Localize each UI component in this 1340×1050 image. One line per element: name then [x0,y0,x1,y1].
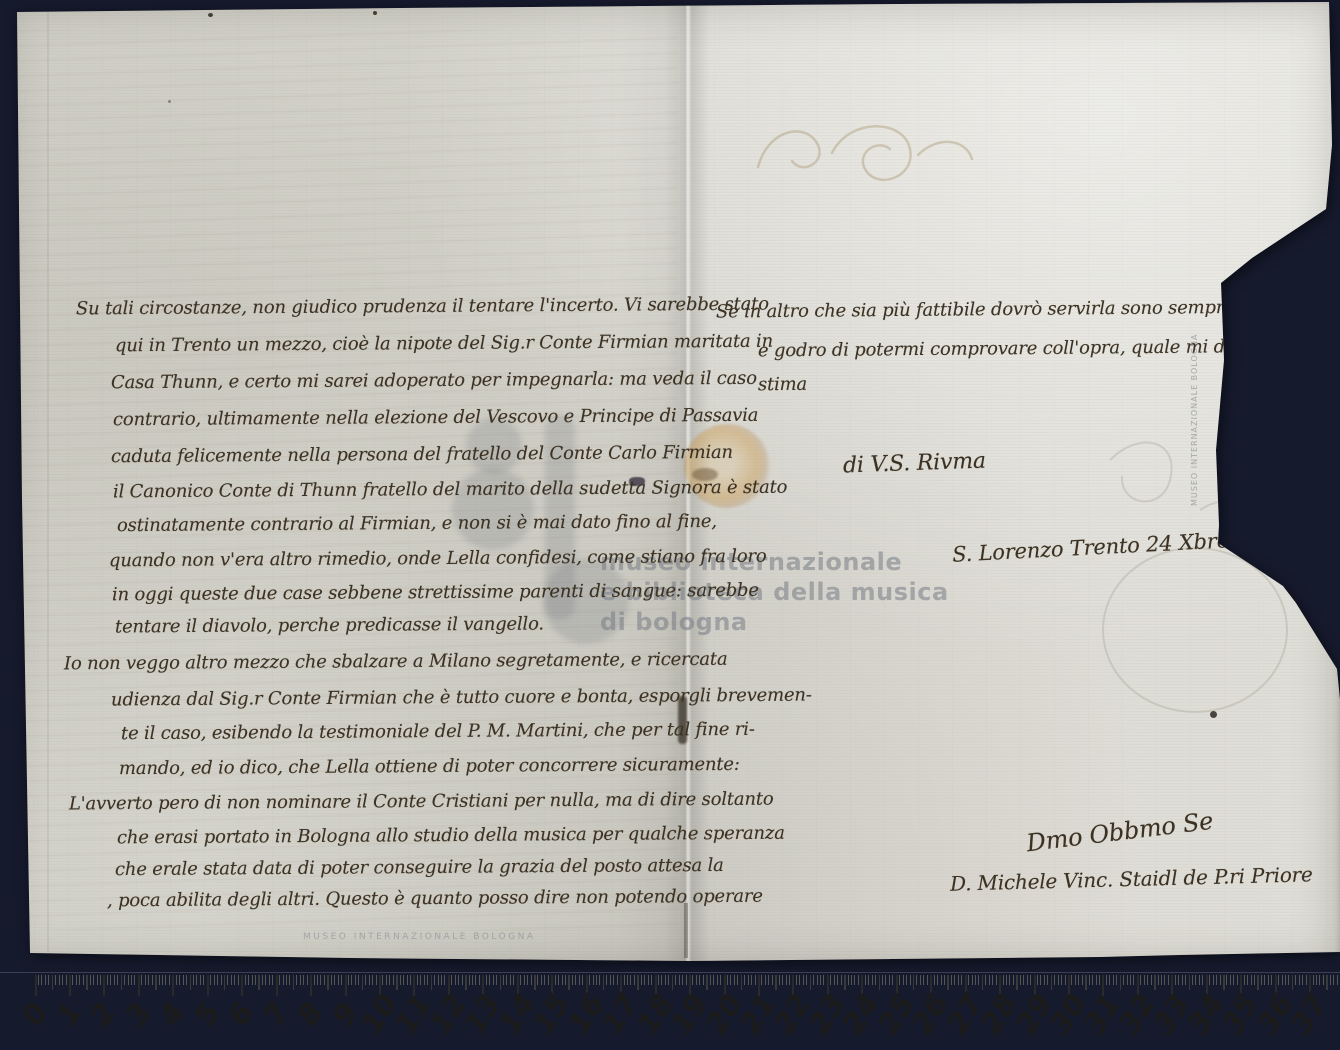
ruler-tick [124,975,125,985]
ruler-tick [799,975,800,985]
ruler-number: 4 [153,996,193,1031]
ruler-tick [848,975,849,985]
ruler-tick [882,975,883,985]
ruler-tick [472,975,473,985]
paper-watermark-swirls [1050,420,1320,730]
ruler-tick [262,975,263,985]
ruler-tick [1065,975,1066,985]
ruler-tick [117,975,118,985]
ruler-tick [451,975,452,985]
ruler-tick [45,975,46,985]
ruler-tick [1333,975,1334,985]
ruler-tick [110,975,111,985]
ruler: 0123456789101112131415161718192021222324… [0,972,1340,1050]
ruler-tick [885,975,886,985]
ruler-tick [1113,975,1114,985]
fold-shadow [684,903,688,958]
ruler-tick [899,975,900,985]
ruler-tick [858,975,859,985]
ruler-tick [978,975,979,985]
ruler-tick [596,975,597,985]
ruler-tick [613,975,614,985]
ruler-tick [961,975,962,985]
ruler-tick [382,975,383,985]
ruler-tick [531,975,532,985]
ruler-tick [1054,975,1055,985]
ruler-tick [165,975,166,985]
ruler-tick [1202,975,1203,985]
letter-line: Su tali circostanze, non giudico prudenz… [76,294,769,320]
ruler-tick [1264,975,1265,985]
ruler-tick [214,975,215,985]
ruler-tick [193,975,194,985]
ruler-tick [155,975,157,990]
ruler-tick [1151,975,1152,985]
ruler-tick [823,975,824,985]
ruler-tick [1251,975,1252,985]
ruler-tick [90,975,91,985]
ruler-tick [996,975,997,985]
ruler-tick [410,975,411,985]
ruler-tick [844,975,846,990]
ruler-tick [93,975,94,985]
ruler-tick [1154,975,1156,990]
ruler-tick [1009,975,1010,985]
ruler-tick [779,975,780,985]
ruler-tick [524,975,525,985]
ruler-tick [575,975,576,985]
ruler-tick [196,975,197,985]
ruler-tick [703,975,704,985]
ruler-tick [72,975,73,985]
ruler-tick [365,975,366,985]
ruler-tick [851,975,852,985]
ruler-tick [41,975,42,985]
ruler-tick [837,975,838,985]
ruler-tick [348,975,349,985]
ruler-tick [775,975,777,990]
ruler-tick [35,975,37,996]
ruler-tick [641,975,642,985]
ruler-tick [686,975,687,985]
ruler-tick [1133,975,1134,985]
ruler-tick [79,975,80,985]
ruler-tick [331,975,332,985]
ruler-tick [737,975,738,985]
ruler-tick [1285,975,1286,985]
ruler-tick [562,975,563,985]
ruler-tick [1006,975,1007,985]
ruler-tick [503,975,504,985]
ruler-tick [624,975,625,985]
ruler-tick [889,975,890,985]
ruler-tick [293,975,295,990]
ruler-tick [944,975,945,985]
ruler-tick [438,975,439,985]
ink-speck [208,13,213,17]
ruler-tick [579,975,580,985]
ruler-tick [661,975,662,985]
ruler-tick [500,975,502,990]
ruler-tick [234,975,235,985]
ruler-tick [927,975,928,985]
ruler-tick [493,975,494,985]
ruler-tick [59,975,60,985]
ruler-tick [496,975,497,985]
ruler-tick [1302,975,1303,985]
letter-line: Io non veggo altro mezzo che sbalzare a … [64,649,728,675]
ruler-tick [534,975,536,990]
ruler-tick [358,975,359,985]
ruler-tick [1003,975,1004,985]
ruler-tick [1223,975,1225,990]
ruler-tick [1216,975,1217,985]
ruler-tick [1023,975,1024,985]
ruler-tick [179,975,180,985]
ruler-tick [510,975,511,985]
ruler-tick [83,975,84,985]
letter-line: il Canonico Conte di Thunn fratello del … [113,477,787,503]
ruler-tick [644,975,645,985]
ruler-tick [1158,975,1159,985]
ruler-tick [345,975,347,996]
ruler-tick [572,975,573,985]
ruler-tick [637,975,639,990]
ruler-tick [913,975,915,990]
ruler-tick [341,975,342,985]
ruler-tick [520,975,521,985]
letter-line: mando, ed io dico, che Lella ottiene di … [119,754,740,779]
ruler-tick [868,975,869,985]
closing-line-2: e godro di potermi comprovare coll'opra,… [758,336,1313,362]
ruler-tick [186,975,187,985]
ruler-tick [934,975,935,985]
ruler-tick [1233,975,1234,985]
ruler-tick [975,975,976,985]
manuscript-scan: museo internazionale e biblioteca della … [0,0,1340,1050]
ruler-tick [865,975,866,985]
ruler-tick [1040,975,1041,985]
ink-speck [373,11,377,15]
ruler-tick [424,975,425,985]
ruler-tick [258,975,260,990]
ruler-tick [1130,975,1131,985]
ruler-tick [203,975,204,985]
ruler-tick [1016,975,1018,990]
ruler-tick [369,975,370,985]
ruler-tick [245,975,246,985]
ruler-tick [289,975,290,985]
ruler-tick [682,975,683,985]
ruler-tick [1316,975,1317,985]
ruler-tick [417,975,418,985]
ruler-tick [599,975,600,985]
ruler-tick [1082,975,1083,985]
ruler-tick [1247,975,1248,985]
ruler-number: 0 [15,996,55,1031]
ruler-tick [286,975,287,985]
ruler-tick [951,975,952,985]
ruler-tick [854,975,855,985]
ruler-tick [362,975,364,990]
ruler-tick [324,975,325,985]
letter-line: tentare il diavolo, perche predicasse il… [115,614,544,638]
ruler-tick [1278,975,1279,985]
ruler-tick [506,975,507,985]
ruler-tick [555,975,556,985]
ruler-tick [1075,975,1076,985]
letter-line: Casa Thunn, e certo mi sarei adoperato p… [111,368,757,394]
ruler-tick [954,975,955,985]
ruler-tick [190,975,192,990]
ruler-tick [992,975,993,985]
letter-line: contrario, ultimamente nella elezione de… [113,405,758,431]
ruler-tick [351,975,352,985]
ruler-tick [162,975,163,985]
ruler-tick [320,975,321,985]
ruler-tick [1109,975,1110,985]
ruler-tick [152,975,153,985]
ruler-tick [434,975,435,985]
ruler-tick [145,975,146,985]
ruler-tick [665,975,666,985]
ruler-tick [1326,975,1328,990]
ruler-tick [210,975,211,985]
ruler-tick [755,975,756,985]
ruler-tick [810,975,812,990]
ruler-tick [310,975,312,996]
ruler-tick [1306,975,1307,985]
ruler-tick [355,975,356,985]
ruler-tick [710,975,711,985]
letter-line: caduta felicemente nella persona del fra… [111,442,733,467]
ruler-tick [1071,975,1072,985]
ruler-tick [441,975,442,985]
ruler-tick [372,975,373,985]
ruler-tick [97,975,98,985]
ruler-tick [593,975,594,985]
ruler-tick [803,975,804,985]
ruler-tick [761,975,762,985]
ruler-tick [568,975,570,990]
ruler-tick [730,975,731,985]
ruler-tick [772,975,773,985]
ruler-tick [479,975,480,985]
ruler-tick [1044,975,1045,985]
ruler-tick [420,975,421,985]
ruler-tick [1254,975,1255,985]
letter-line: udienza dal Sig.r Conte Firmian che è tu… [111,685,812,711]
ruler-tick [276,975,278,996]
ruler-tick [544,975,545,985]
letter-line: che erasi portato in Bologna allo studio… [117,823,785,849]
ruler-tick [303,975,304,985]
ruler-tick [634,975,635,985]
ruler-tick [920,975,921,985]
ruler-tick [958,975,959,985]
ruler-number: 3 [118,996,158,1031]
ruler-tick [131,975,132,985]
ruler-tick [100,975,101,985]
ruler-tick [1096,975,1097,985]
ruler-tick [537,975,538,985]
ruler-tick [834,975,835,985]
ruler-tick [334,975,335,985]
ruler-tick [1313,975,1314,985]
ruler-number: 37 [1284,988,1334,1040]
ruler-tick [910,975,911,985]
letter-line: qui in Trento un mezzo, cioè la nipote d… [115,331,773,357]
ruler-tick [1092,975,1093,985]
ruler-tick [1195,975,1196,985]
letter-line: , poca abilita degli altri. Questo è qua… [107,886,763,912]
ruler-tick [985,975,986,985]
ruler-tick [1051,975,1053,990]
ruler-tick [307,975,308,985]
ruler-tick [272,975,273,985]
ruler-tick [1244,975,1245,985]
ruler-tick [1058,975,1059,985]
ruler-tick [734,975,735,985]
ruler-tick [1089,975,1090,985]
ruler-tick [541,975,542,985]
ruler-tick [465,975,467,990]
ruler-tick [455,975,456,985]
ruler-tick [255,975,256,985]
ruler-tick [393,975,394,985]
ruler-tick [1037,975,1038,985]
ruler-tick [1106,975,1107,985]
ruler-tick [627,975,628,985]
ruler-tick [672,975,674,990]
ruler-tick [1047,975,1048,985]
ruler-number: 2 [84,996,124,1031]
ruler-tick [630,975,631,985]
ruler-tick [1299,975,1300,985]
ruler-tick [134,975,135,985]
ruler-tick [937,975,938,985]
ruler-tick [699,975,700,985]
ruler-tick [875,975,876,985]
ruler-tick [903,975,904,985]
closing-line-1: Se in altro che sia più fattibile dovrò … [716,296,1293,322]
ruler-tick [314,975,315,985]
ruler-tick [1209,975,1210,985]
ruler-tick [1178,975,1179,985]
letter-line: L'avverto pero di non nominare il Conte … [69,789,774,815]
paper-wrap: museo internazionale e biblioteca della … [0,0,1340,1050]
ruler-tick [648,975,649,985]
ink-speck [1210,711,1217,718]
ruler-tick [765,975,766,985]
ruler-tick [48,975,49,985]
ruler-tick [338,975,339,985]
ruler-tick [107,975,108,985]
ruler-tick [651,975,652,985]
ruler-tick [696,975,697,985]
ruler-tick [916,975,917,985]
ruler-tick [706,975,708,990]
ruler-tick [176,975,177,985]
ruler-tick [1323,975,1324,985]
ruler-tick [172,975,174,996]
ruler-tick [252,975,253,985]
ruler-tick [527,975,528,985]
ruler-tick [879,975,881,990]
ruler-tick [62,975,63,985]
ruler-tick [431,975,433,990]
ruler-tick [841,975,842,985]
ruler-tick [227,975,228,985]
ruler-tick [121,975,123,990]
ruler-tick [114,975,115,985]
ruler-tick [603,975,605,990]
ruler-tick [782,975,783,985]
ruler-tick [1220,975,1221,985]
ruler-tick [231,975,232,985]
ruler-tick [789,975,790,985]
ruler-tick [159,975,160,985]
ruler-tick [462,975,463,985]
ruler-tick [1099,975,1100,985]
ruler-number: 8 [290,996,330,1031]
ruler-tick [283,975,284,985]
ruler-tick [1295,975,1296,985]
ruler-tick [1330,975,1331,985]
ruler-tick [1213,975,1214,985]
ruler-tick [475,975,476,985]
ruler-tick [972,975,973,985]
ruler-tick [241,975,243,996]
ruler-tick [820,975,821,985]
ruler-tick [796,975,797,985]
ruler-tick [66,975,67,985]
ruler-number: 5 [187,996,227,1031]
ruler-tick [1120,975,1122,990]
ruler-tick [1189,975,1191,990]
ruler-tick [1061,975,1062,985]
ruler-tick [830,975,831,985]
ruler-tick [279,975,280,985]
ruler-tick [300,975,301,985]
ruler-tick [1030,975,1031,985]
ruler-tick [606,975,607,985]
ruler-tick [1147,975,1148,985]
ruler-tick [1127,975,1128,985]
ruler-tick [1161,975,1162,985]
ruler-tick [265,975,266,985]
ruler-tick [744,975,745,985]
ruler-tick [458,975,459,985]
ruler-tick [968,975,969,985]
ruler-tick [513,975,514,985]
show-through-flourish [740,105,1030,205]
ruler-tick [1164,975,1165,985]
ruler-tick [1175,975,1176,985]
ruler-tick [141,975,142,985]
ruler-tick [1020,975,1021,985]
ruler-tick [55,975,56,985]
ruler-tick [617,975,618,985]
closing-line-3: stima [758,374,807,395]
ruler-tick [806,975,807,985]
letter-line: ostinatamente contrario al Firmian, e no… [117,511,717,536]
ruler-tick [768,975,769,985]
ruler-tick [1337,975,1338,985]
ruler-tick [558,975,559,985]
ruler-tick [207,975,209,996]
ruler-tick [1226,975,1227,985]
